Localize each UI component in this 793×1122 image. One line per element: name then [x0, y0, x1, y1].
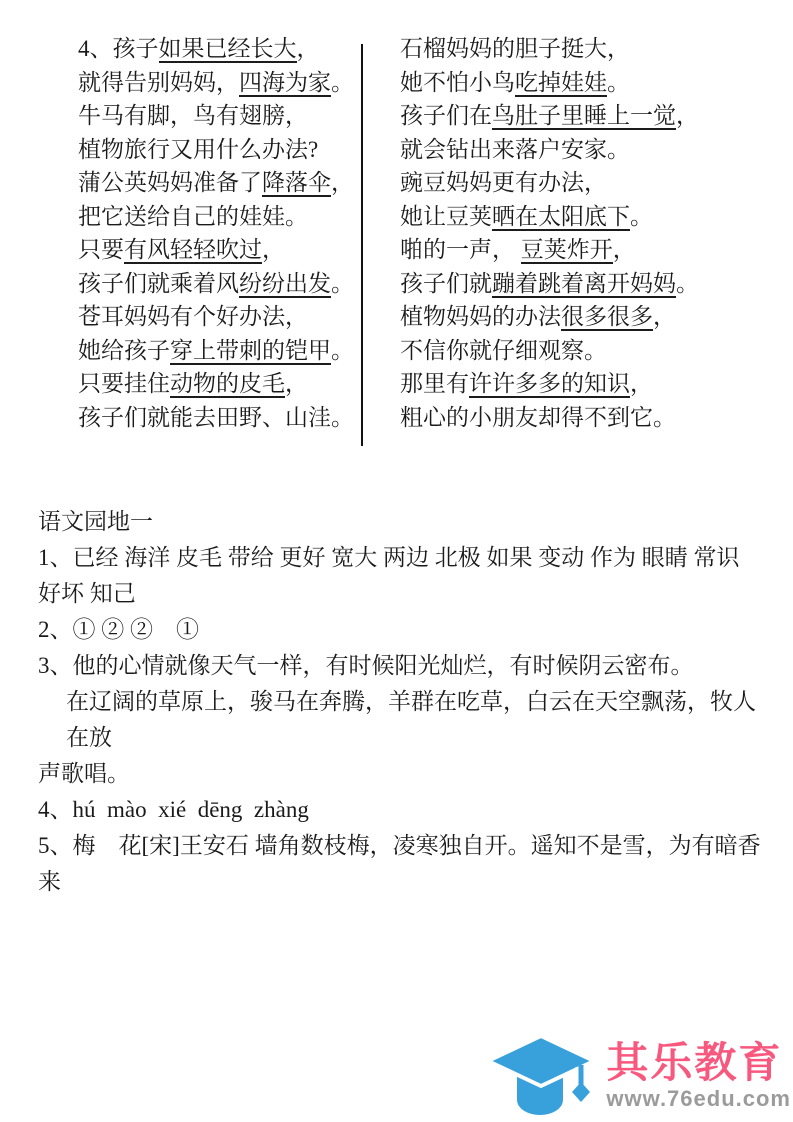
poem-line: 孩子们就蹦着跳着离开妈妈。	[400, 267, 730, 301]
poem-text: ，	[630, 371, 653, 396]
poem-text: ，	[285, 371, 308, 396]
poem-line: 4、孩子如果已经长大，	[78, 32, 368, 66]
poem-text: 牛马有脚，鸟有翅膀，	[78, 103, 308, 128]
poem-line: 那里有许许多多的知识，	[400, 367, 730, 401]
poem-line: 牛马有脚，鸟有翅膀，	[78, 99, 368, 133]
poem-line: 就会钻出来落户安家。	[400, 133, 730, 167]
underlined-answer: 吃掉娃娃	[515, 70, 607, 97]
poem-right-column: 石榴妈妈的胆子挺大，她不怕小鸟吃掉娃娃。孩子们在鸟肚子里睡上一觉，就会钻出来落户…	[400, 32, 730, 434]
poem-text: ，	[297, 36, 320, 61]
poem-line: 啪的一声， 豆荚炸开，	[400, 233, 730, 267]
poem-line: 她让豆荚晒在太阳底下。	[400, 200, 730, 234]
poem-text: 植物旅行又用什么办法?	[78, 137, 318, 162]
answer-line: 好坏 知己	[38, 576, 773, 612]
underlined-answer: 穿上带刺的铠甲	[170, 338, 331, 365]
poem-line: 石榴妈妈的胆子挺大，	[400, 32, 730, 66]
poem-text: 苍耳妈妈有个好办法，	[78, 304, 308, 329]
poem-line: 豌豆妈妈更有办法，	[400, 166, 730, 200]
poem-text: 石榴妈妈的胆子挺大，	[400, 36, 630, 61]
poem-text: 她不怕小鸟	[400, 70, 515, 95]
section-heading: 语文园地一	[38, 504, 773, 540]
answer-line: 在辽阔的草原上，骏马在奔腾，羊群在吃草，白云在天空飘荡，牧人在放	[38, 684, 773, 756]
poem-text: 啪的一声，	[400, 237, 521, 262]
poem-text: 孩子们在	[400, 103, 492, 128]
answer-line: 1、已经 海洋 皮毛 带给 更好 宽大 两边 北极 如果 变动 作为 眼睛 常识	[38, 540, 773, 576]
poem-text: 豌豆妈妈更有办法，	[400, 170, 607, 195]
underlined-answer: 四海为家	[239, 70, 331, 97]
poem-line: 只要挂住动物的皮毛，	[78, 367, 368, 401]
poem-left-column: 4、孩子如果已经长大，就得告别妈妈，四海为家。牛马有脚，鸟有翅膀，植物旅行又用什…	[78, 32, 368, 434]
site-logo: 其乐教育 www.76edu.com	[484, 1032, 791, 1120]
poem-text: 孩子们就能去田野、山洼。	[78, 405, 354, 430]
underlined-answer: 降落伞	[262, 170, 331, 197]
poem-text: 粗心的小朋友却得不到它。	[400, 405, 676, 430]
poem-text: 。	[331, 271, 354, 296]
poem-text: 植物妈妈的办法	[400, 304, 561, 329]
document-page: 4、孩子如果已经长大，就得告别妈妈，四海为家。牛马有脚，鸟有翅膀，植物旅行又用什…	[0, 0, 793, 1122]
underlined-answer: 豆荚炸开	[521, 237, 613, 264]
logo-text: 其乐教育 www.76edu.com	[606, 1040, 791, 1112]
poem-line: 植物旅行又用什么办法?	[78, 133, 368, 167]
column-divider	[361, 44, 363, 446]
poem-text: 孩子们就	[400, 271, 492, 296]
poem-line: 就得告别妈妈，四海为家。	[78, 66, 368, 100]
poem-line: 粗心的小朋友却得不到它。	[400, 401, 730, 435]
poem-text: 她让豆荚	[400, 204, 492, 229]
underlined-answer: 如果已经长大	[159, 36, 297, 63]
answer-line: 3、他的心情就像天气一样，有时候阳光灿烂，有时候阴云密布。	[38, 648, 773, 684]
poem-line: 她不怕小鸟吃掉娃娃。	[400, 66, 730, 100]
poem-line: 不信你就仔细观察。	[400, 334, 730, 368]
brand-url: www.76edu.com	[606, 1086, 791, 1112]
answer-line: 声歌唱。	[38, 756, 773, 792]
poem-text: 。	[331, 338, 354, 363]
poem-text: 只要挂住	[78, 371, 170, 396]
poem-text: ，	[676, 103, 699, 128]
poem-line: 只要有风轻轻吹过，	[78, 233, 368, 267]
poem-text: ，	[653, 304, 676, 329]
poem-text: 就得告别妈妈，	[78, 70, 239, 95]
underlined-answer: 有风轻轻吹过	[124, 237, 262, 264]
brand-name: 其乐教育	[606, 1040, 782, 1086]
underlined-answer: 很多很多	[561, 304, 653, 331]
poem-text: 蒲公英妈妈准备了	[78, 170, 262, 195]
answer-line: 2、① ② ② ①	[38, 612, 773, 648]
answers-section: 语文园地一 1、已经 海洋 皮毛 带给 更好 宽大 两边 北极 如果 变动 作为…	[38, 504, 773, 900]
poem-line: 苍耳妈妈有个好办法，	[78, 300, 368, 334]
underlined-answer: 纷纷出发	[239, 271, 331, 298]
poem-line: 把它送给自己的娃娃。	[78, 200, 368, 234]
answer-line: 4、hú mào xié dēng zhàng	[38, 792, 773, 828]
answer-line: 5、梅 花[宋]王安石 墙角数枝梅，凌寒独自开。遥知不是雪，为有暗香来	[38, 828, 773, 900]
poem-text: 。	[676, 271, 699, 296]
answers-lines: 1、已经 海洋 皮毛 带给 更好 宽大 两边 北极 如果 变动 作为 眼睛 常识…	[38, 540, 773, 900]
poem-text: 只要	[78, 237, 124, 262]
poem-line: 她给孩子穿上带刺的铠甲。	[78, 334, 368, 368]
poem-text: ，	[262, 237, 285, 262]
underlined-answer: 鸟肚子里睡上一觉	[492, 103, 676, 130]
poem-text: 4、孩子	[78, 36, 159, 61]
poem-line: 孩子们就乘着风纷纷出发。	[78, 267, 368, 301]
poem-text: 。	[630, 204, 653, 229]
poem-text: 。	[331, 70, 354, 95]
underlined-answer: 动物的皮毛	[170, 371, 285, 398]
poem-text: 孩子们就乘着风	[78, 271, 239, 296]
poem-line: 蒲公英妈妈准备了降落伞，	[78, 166, 368, 200]
poem-line: 孩子们就能去田野、山洼。	[78, 401, 368, 435]
poem-text: 。	[607, 70, 630, 95]
graduation-cap-icon	[484, 1034, 600, 1118]
poem-text: 那里有	[400, 371, 469, 396]
poem-text: ，	[331, 170, 354, 195]
poem-text: 她给孩子	[78, 338, 170, 363]
underlined-answer: 许许多多的知识	[469, 371, 630, 398]
underlined-answer: 蹦着跳着离开妈妈	[492, 271, 676, 298]
poem-text: ，	[613, 237, 636, 262]
poem-text: 不信你就仔细观察。	[400, 338, 607, 363]
poem-text: 就会钻出来落户安家。	[400, 137, 630, 162]
poem-line: 植物妈妈的办法很多很多，	[400, 300, 730, 334]
poem-line: 孩子们在鸟肚子里睡上一觉，	[400, 99, 730, 133]
poem-text: 把它送给自己的娃娃。	[78, 204, 308, 229]
underlined-answer: 晒在太阳底下	[492, 204, 630, 231]
